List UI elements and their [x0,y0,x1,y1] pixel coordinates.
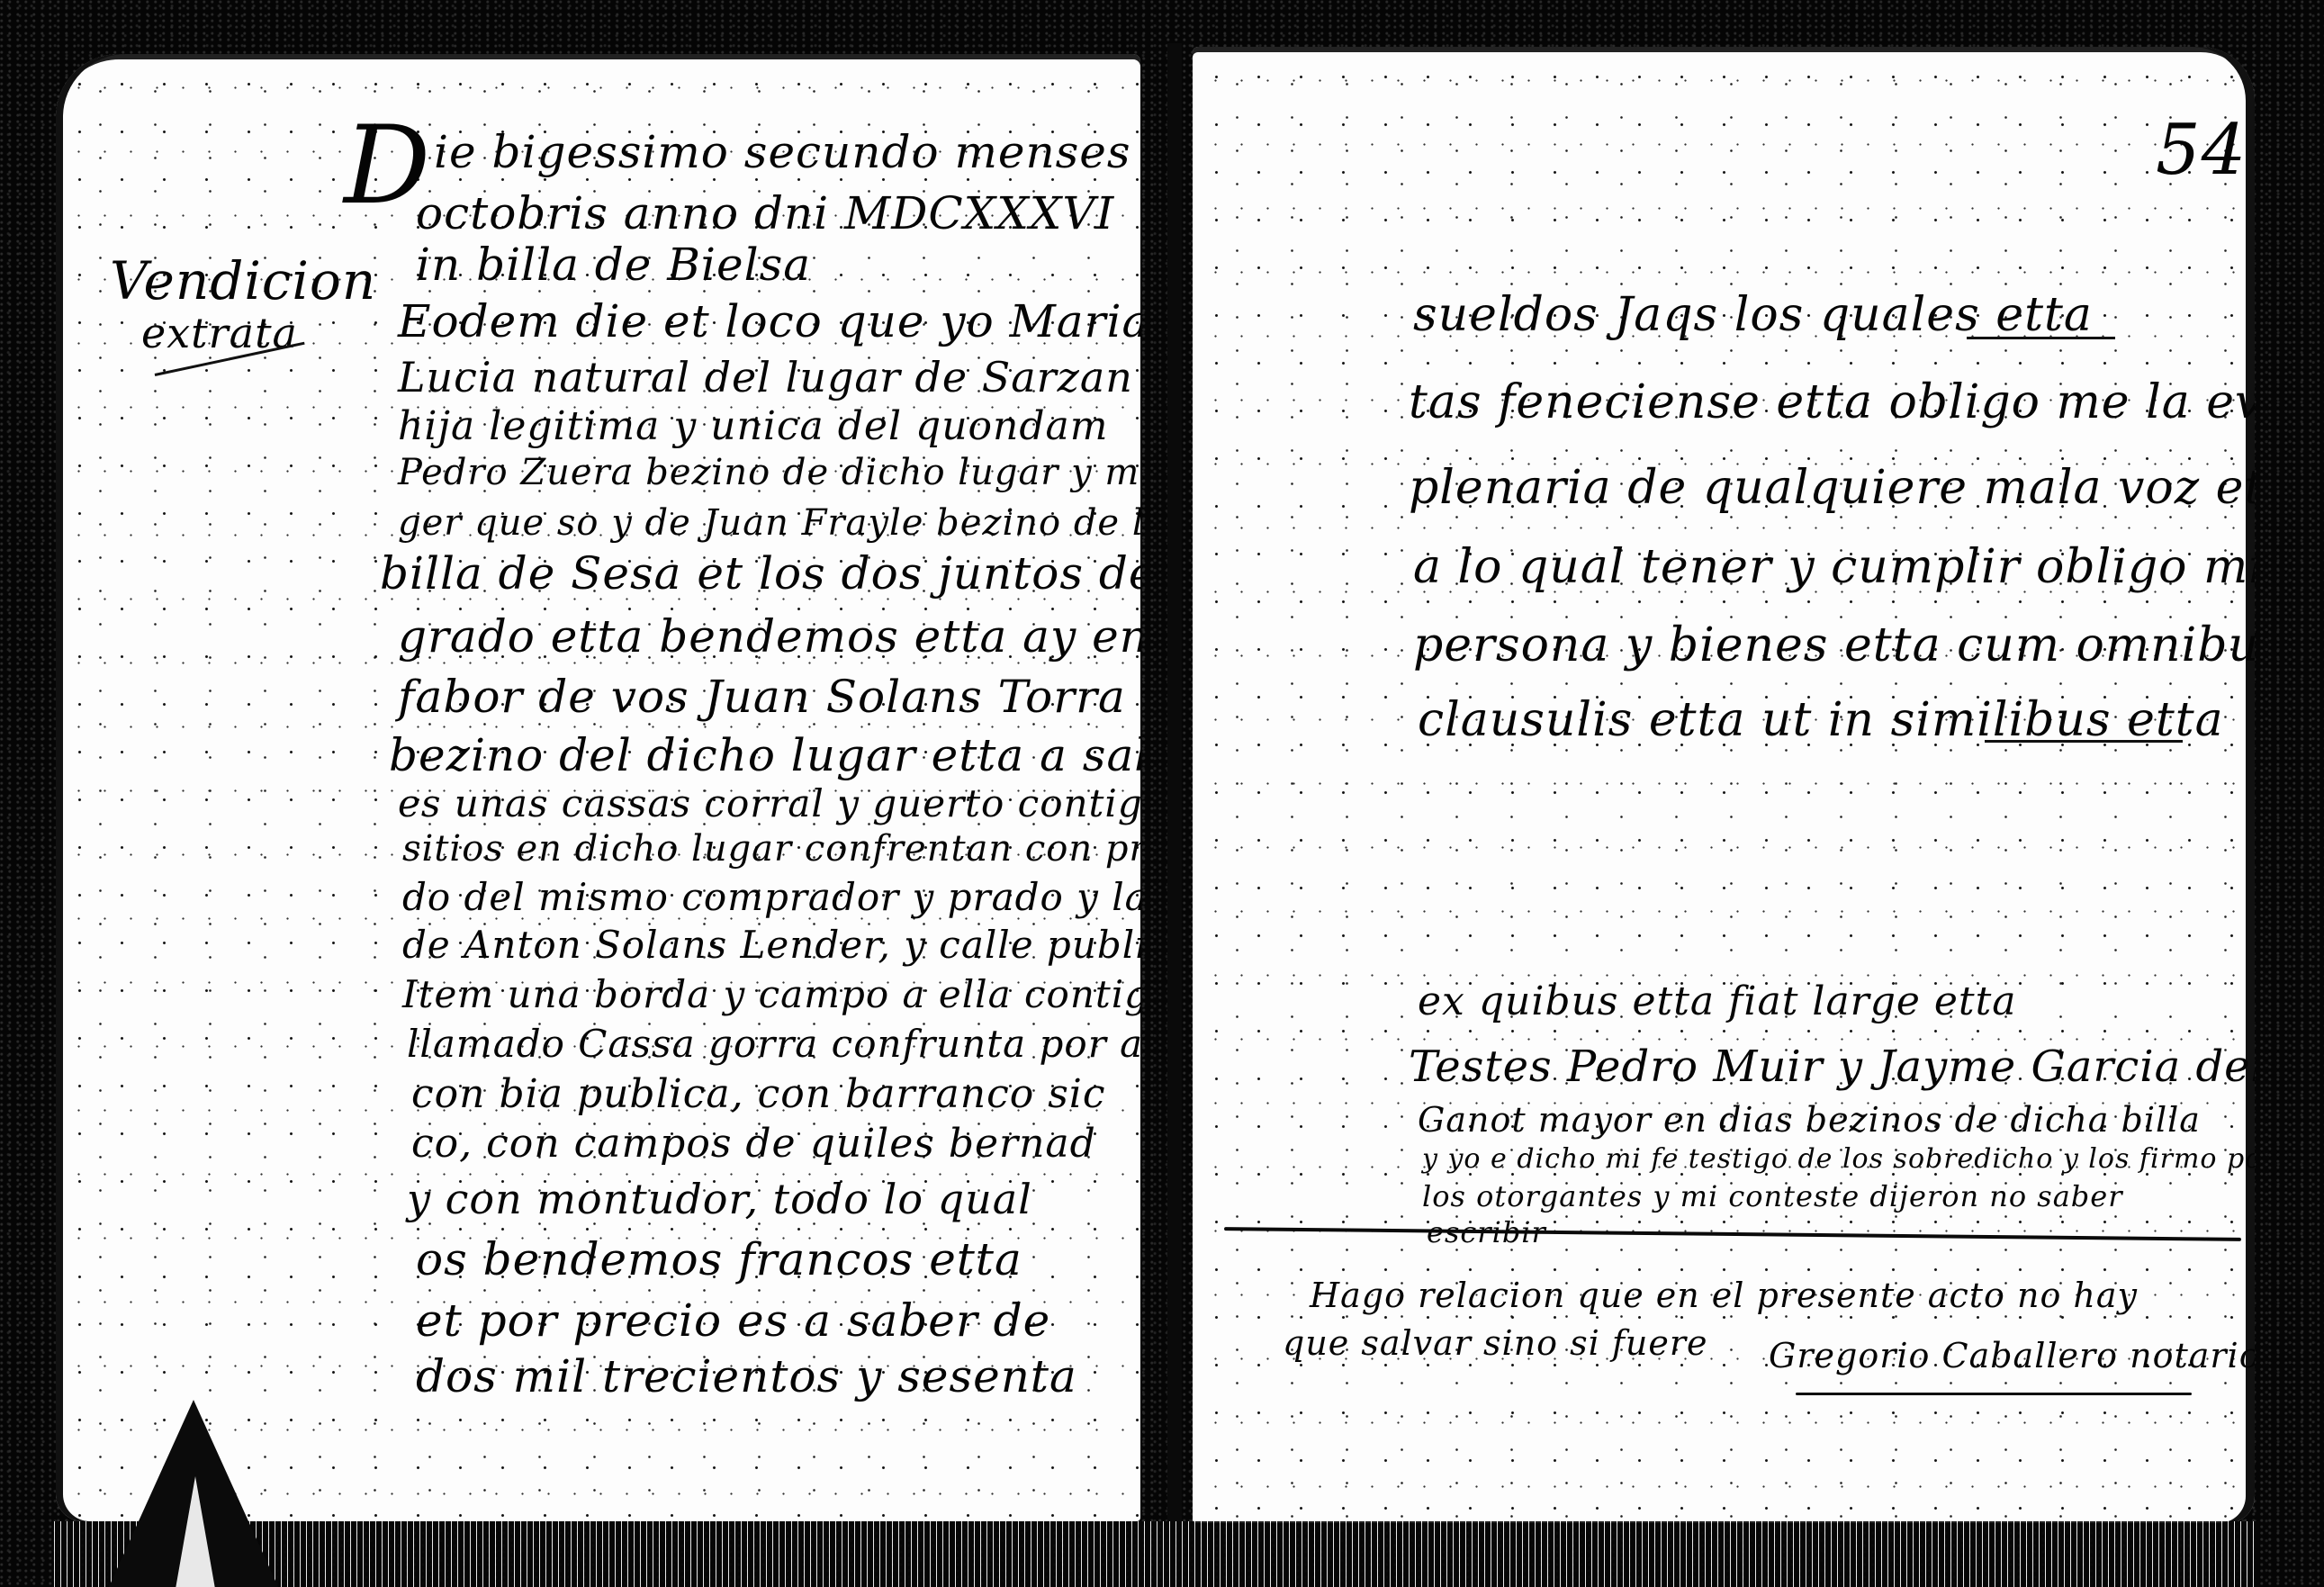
right-line-3: plenaria de qualquiere mala voz etta [1409,461,2255,515]
left-line-11: fabor de vos Juan Solans Torra [398,671,1126,723]
margin-note-line-1: Vendicion [110,250,376,311]
left-line-20: co, con campos de quiles bernad [411,1121,1096,1167]
left-line-18: llamado Cassa gorra confrunta por abaj [407,1022,1140,1066]
right-line-5: persona y bienes etta cum omnibus [1413,618,2255,672]
left-line-1: ie bigessimo secundo menses [434,126,1131,178]
signature-underline [1796,1393,2192,1395]
right-line-4: a lo qual tener y cumplir obligo mi [1413,540,2255,594]
right-line-1: sueldos Jaqs los quales etta [1413,288,2093,342]
notary-signature: Gregorio Caballero notario [1769,1336,2255,1375]
left-line-5: Lucia natural del lugar de Sarzan [398,353,1133,401]
left-line-14: sitios en dicho lugar confrentan con pra [402,828,1140,870]
bookmark-ribbon-gap [176,1476,215,1587]
right-line-6: clausulis etta ut in similibus etta [1418,693,2224,747]
line-fill-flourish [1985,740,2183,743]
left-line-15: do del mismo comprador y prado y latte [402,875,1140,919]
left-line-22: os bendemos francos etta [416,1233,1022,1285]
left-line-13: es unas cassas corral y guerto contiguo [398,781,1140,825]
right-page: 54 sueldos Jaqs los quales etta tas fene… [1193,47,2255,1523]
witness-line-1: Testes Pedro Muir y Jayme Garcia del [1409,1041,2255,1092]
left-line-3: in billa de Bielsa [416,239,811,291]
separator-rule [1224,1227,2241,1241]
attestation-line-1: Hago relacion que en el presente acto no… [1310,1276,2138,1315]
closing-formula: ex quibus etta fiat large etta [1418,978,2017,1024]
left-line-10: grado etta bendemos etta ay en [398,610,1140,663]
left-line-2: octobris anno dni MDCXXXVI [416,187,1114,239]
left-line-12: bezino del dicho lugar etta a saber [389,729,1140,781]
left-page: Vendicion extrata D ie bigessimo secundo… [56,54,1140,1521]
left-line-8: ger que so y de Juan Frayle bezino de la [398,502,1140,544]
witness-line-4: los otorgantes y mi conteste dijeron no … [1422,1179,2123,1213]
left-line-24: dos mil trecientos y sesenta [416,1350,1077,1402]
book-spine [1167,43,1182,1528]
left-line-16: de Anton Solans Lender, y calle publica [402,923,1140,967]
left-line-7: Pedro Zuera bezino de dicho lugar y mu [398,452,1140,493]
attestation-line-2: que salvar sino si fuere [1283,1323,1708,1363]
left-line-17: Item una borda y campo a ella contiguo [402,972,1140,1016]
witness-line-3: y yo e dicho mi fe testigo de los sobred… [1422,1143,2255,1175]
left-line-9: billa de Sesa et los dos juntos de [380,547,1140,600]
left-line-19: con bia publica, con barranco sic [411,1071,1105,1117]
line-fill-flourish [1967,337,2115,339]
page-bottom-edge [54,1521,2259,1587]
right-line-2: tas feneciense etta obligo me la evicion [1409,375,2255,429]
page-number: 54 [2156,110,2247,191]
left-line-6: hija legitima y unica del quondam [398,403,1109,449]
left-line-23: et por precio es a saber de [416,1294,1050,1347]
left-line-21: y con montudor, todo lo qual [407,1175,1032,1223]
witness-line-2: Ganot mayor en dias bezinos de dicha bil… [1418,1100,2201,1140]
left-line-4: Eodem die et loco que yo Maria [398,295,1140,347]
